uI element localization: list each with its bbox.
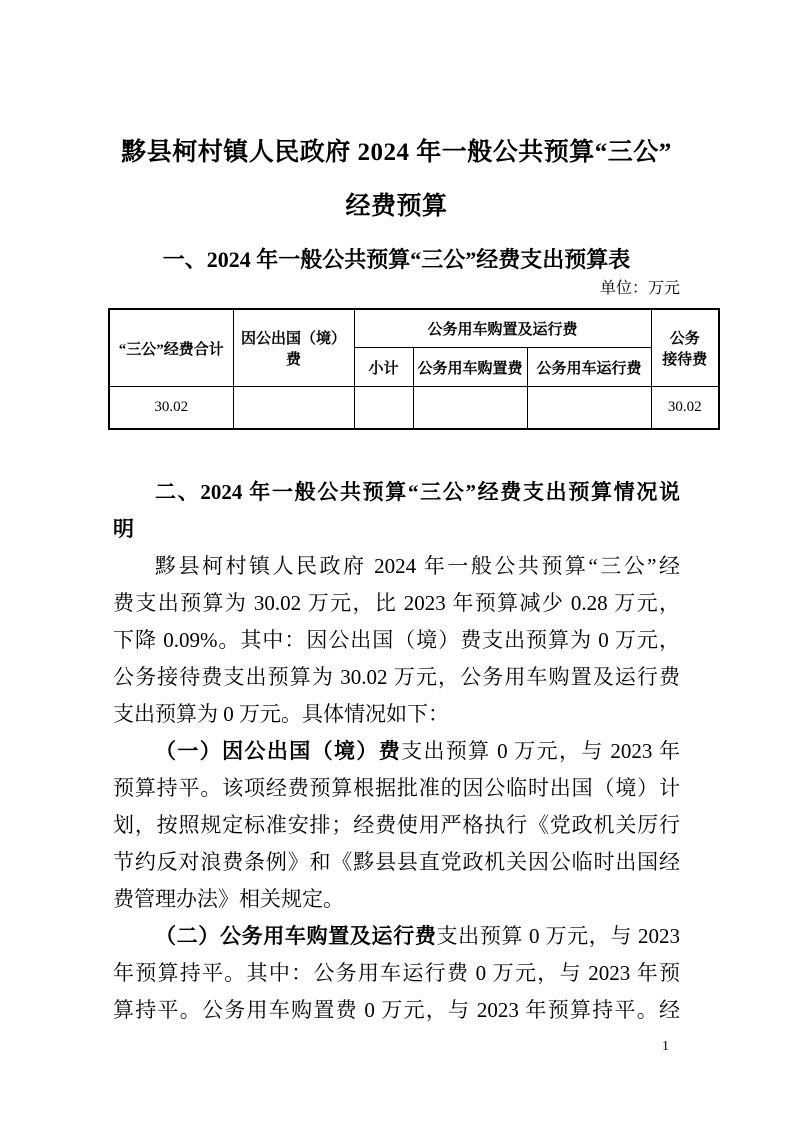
text-line: 节约反对浪费条例》和《黟县县直党政机关因公临时出国经	[113, 844, 680, 881]
document-title: 黟县柯村镇人民政府 2024 年一般公共预算“三公” 经费预算	[113, 126, 680, 234]
text-line: 算持平。公务用车购置费 0 万元，与 2023 年预算持平。经	[113, 992, 680, 1029]
text-line: 下降 0.09%。其中：因公出国（境）费支出预算为 0 万元，	[113, 622, 680, 659]
text-segment: 支出预算为 0 万元。具体情况如下：	[113, 702, 449, 726]
text-line: （一）因公出国（境）费支出预算 0 万元，与 2023 年	[113, 733, 680, 770]
text-segment: 明	[113, 517, 134, 541]
header-cell-reception-line1: 公务	[654, 327, 717, 348]
text-line: 年预算持平。其中：公务用车运行费 0 万元，与 2023 年预	[113, 955, 680, 992]
header-cell-vehicle-purchase: 公务用车购置费	[413, 348, 527, 387]
paragraph-abroad-expense: （一）因公出国（境）费支出预算 0 万元，与 2023 年预算持平。该项经费预算…	[113, 733, 680, 918]
document-page: 黟县柯村镇人民政府 2024 年一般公共预算“三公” 经费预算 一、2024 年…	[0, 0, 793, 1122]
value-cell-vehicle-purchase	[413, 387, 527, 430]
section1-heading: 一、2024 年一般公共预算“三公”经费支出预算表	[113, 244, 680, 276]
header-cell-vehicle-group: 公务用车购置及运行费	[354, 309, 651, 348]
text-segment: 费支出预算为 30.02 万元，比 2023 年预算减少 0.28 万元，	[113, 591, 680, 615]
value-cell-vehicle-subtotal	[354, 387, 413, 430]
text-segment: 支出预算 0 万元，与 2023 年	[401, 739, 680, 763]
text-segment: 预算持平。该项经费预算根据批准的因公临时出国（境）计	[113, 776, 680, 800]
text-line: （二）公务用车购置及运行费支出预算 0 万元，与 2023	[113, 918, 680, 955]
text-segment: 算持平。公务用车购置费 0 万元，与 2023 年预算持平。经	[113, 998, 680, 1022]
header-cell-abroad: 因公出国（境）费	[233, 309, 354, 387]
document-title-line-1: 黟县柯村镇人民政府 2024 年一般公共预算“三公”	[121, 126, 672, 180]
text-segment: 黟县柯村镇人民政府 2024 年一般公共预算“三公”经	[155, 554, 680, 578]
text-segment: 二、2024 年一般公共预算“三公”经费支出预算情况说	[155, 480, 680, 504]
value-cell-total: 30.02	[109, 387, 233, 430]
three-public-funds-table: “三公”经费合计 因公出国（境）费 公务用车购置及运行费 公务 接待费 小计 公…	[108, 308, 720, 430]
text-line: 费管理办法》相关规定。	[113, 881, 680, 918]
page-number: 1	[662, 1038, 669, 1056]
text-segment: 费管理办法》相关规定。	[113, 887, 344, 911]
text-line: 明	[113, 511, 680, 548]
text-segment: （二）公务用车购置及运行费	[155, 924, 437, 948]
value-cell-reception: 30.02	[651, 387, 719, 430]
section2-heading: 二、2024 年一般公共预算“三公”经费支出预算情况说明	[113, 474, 680, 548]
table-header-row-1: “三公”经费合计 因公出国（境）费 公务用车购置及运行费 公务 接待费	[109, 309, 719, 348]
text-line: 公务接待费支出预算为 30.02 万元，公务用车购置及运行费	[113, 659, 680, 696]
text-segment: （一）因公出国（境）费	[155, 739, 401, 763]
text-segment: 年预算持平。其中：公务用车运行费 0 万元，与 2023 年预	[113, 961, 680, 985]
header-cell-vehicle-operation: 公务用车运行费	[527, 348, 651, 387]
document-title-line-2: 经费预算	[345, 180, 447, 234]
text-line: 划，按照规定标准安排；经费使用严格执行《党政机关厉行	[113, 807, 680, 844]
text-line: 支出预算为 0 万元。具体情况如下：	[113, 696, 680, 733]
header-cell-vehicle-subtotal: 小计	[354, 348, 413, 387]
text-segment: 支出预算 0 万元，与 2023	[437, 924, 680, 948]
header-cell-reception-line2: 接待费	[654, 348, 717, 369]
table-data-row: 30.02 30.02	[109, 387, 719, 430]
text-line: 黟县柯村镇人民政府 2024 年一般公共预算“三公”经	[113, 548, 680, 585]
body-text: 二、2024 年一般公共预算“三公”经费支出预算情况说明 黟县柯村镇人民政府 2…	[113, 474, 680, 1029]
text-line: 二、2024 年一般公共预算“三公”经费支出预算情况说	[113, 474, 680, 511]
text-segment: 划，按照规定标准安排；经费使用严格执行《党政机关厉行	[113, 813, 680, 837]
value-cell-vehicle-operation	[527, 387, 651, 430]
text-line: 费支出预算为 30.02 万元，比 2023 年预算减少 0.28 万元，	[113, 585, 680, 622]
text-segment: 节约反对浪费条例》和《黟县县直党政机关因公临时出国经	[113, 850, 680, 874]
paragraph-vehicle-expense: （二）公务用车购置及运行费支出预算 0 万元，与 2023年预算持平。其中：公务…	[113, 918, 680, 1029]
document-content: 黟县柯村镇人民政府 2024 年一般公共预算“三公” 经费预算 一、2024 年…	[113, 0, 680, 1029]
paragraph-overview: 黟县柯村镇人民政府 2024 年一般公共预算“三公”经费支出预算为 30.02 …	[113, 548, 680, 733]
header-cell-total: “三公”经费合计	[109, 309, 233, 387]
text-line: 预算持平。该项经费预算根据批准的因公临时出国（境）计	[113, 770, 680, 807]
unit-label: 单位：万元	[113, 278, 680, 300]
text-segment: 公务接待费支出预算为 30.02 万元，公务用车购置及运行费	[113, 665, 680, 689]
header-cell-reception: 公务 接待费	[651, 309, 719, 387]
text-segment: 下降 0.09%。其中：因公出国（境）费支出预算为 0 万元，	[113, 628, 680, 652]
value-cell-abroad	[233, 387, 354, 430]
